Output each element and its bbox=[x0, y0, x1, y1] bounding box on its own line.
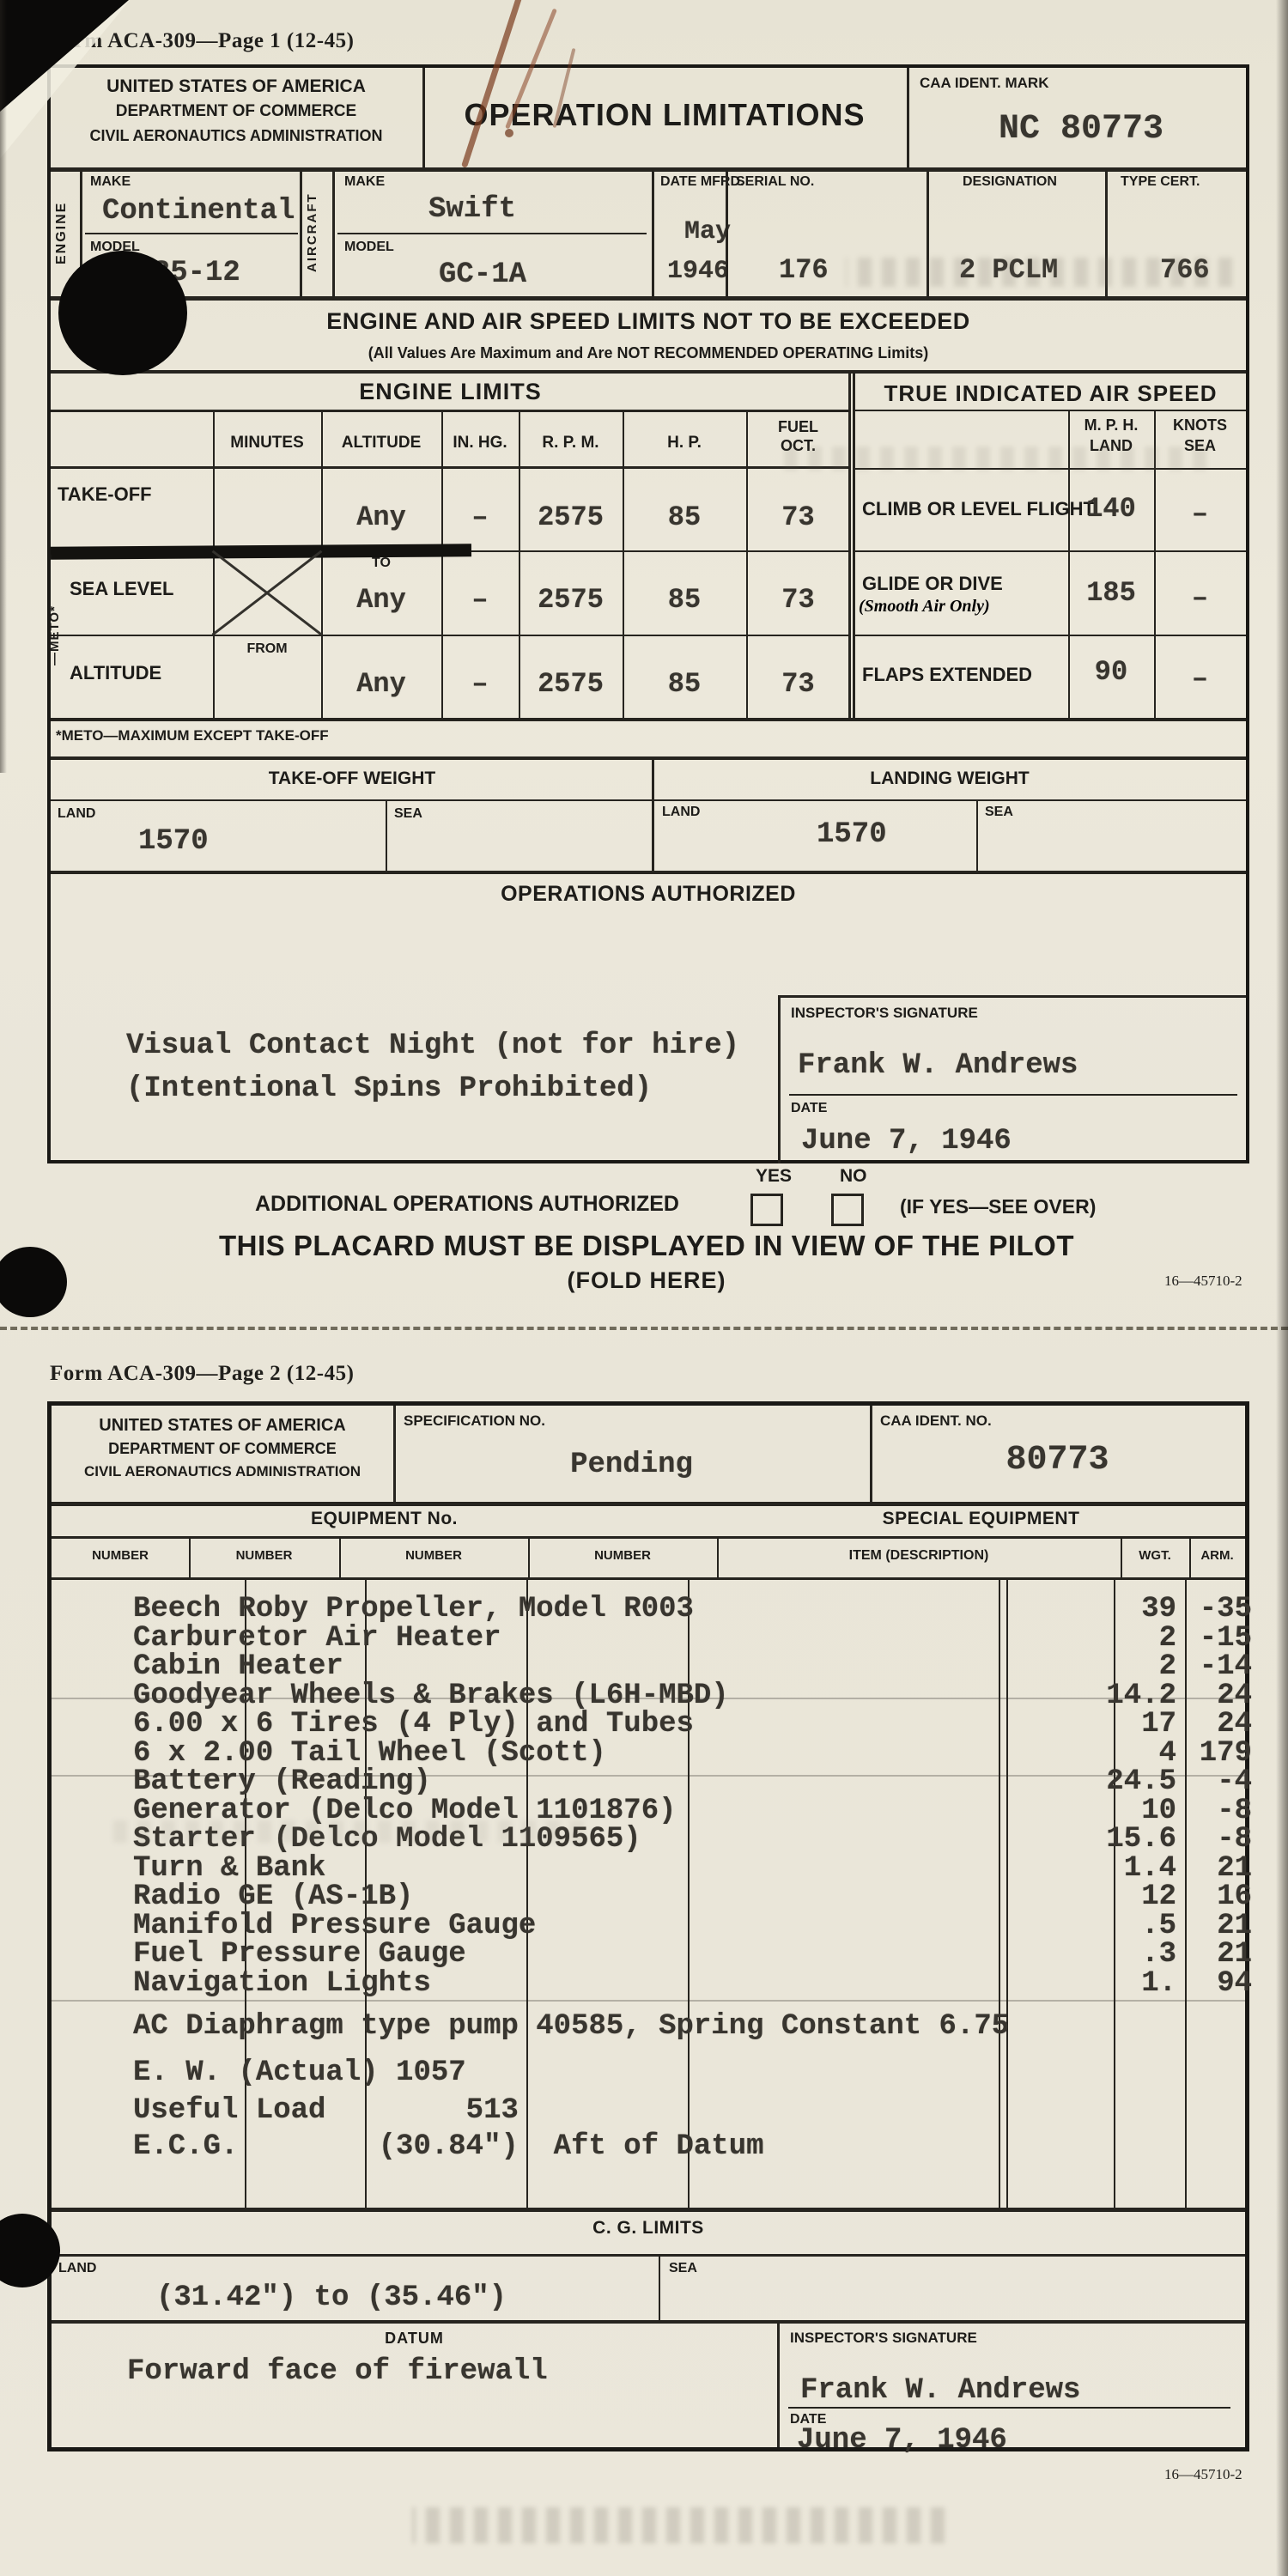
fold-note: (FOLD HERE) bbox=[34, 1267, 1259, 1294]
equipment-item-arm: -8 bbox=[1187, 1796, 1252, 1826]
datum-value: Forward face of firewall bbox=[127, 2357, 548, 2386]
col-number: NUMBER bbox=[52, 1548, 189, 1563]
divider bbox=[526, 1577, 528, 2211]
operations-line1: Visual Contact Night (not for hire) bbox=[126, 1031, 739, 1060]
equipment-item-arm: -35 bbox=[1187, 1595, 1252, 1624]
equipment-item-arm: 24 bbox=[1187, 1681, 1252, 1710]
inspector-name: Frank W. Andrews bbox=[800, 2376, 1080, 2405]
equipment-item-desc: Cabin Heater bbox=[133, 1652, 343, 1681]
divider bbox=[51, 635, 850, 636]
col-number: NUMBER bbox=[189, 1548, 339, 1563]
perforation-line bbox=[0, 1327, 1288, 1330]
air-speed-title: TRUE INDICATED AIR SPEED bbox=[855, 380, 1246, 407]
equipment-item-wgt: .5 bbox=[1048, 1911, 1176, 1941]
divider bbox=[300, 167, 302, 296]
aircraft-make-value: Swift bbox=[428, 195, 516, 224]
glide-mph: 185 bbox=[1068, 580, 1154, 607]
operations-line2: (Intentional Spins Prohibited) bbox=[126, 1074, 652, 1103]
inspector-signature-label: INSPECTOR'S SIGNATURE bbox=[791, 1005, 978, 1022]
inspector-signature-label: INSPECTOR'S SIGNATURE bbox=[790, 2330, 977, 2347]
divider bbox=[652, 167, 654, 296]
scan-line-artifact bbox=[52, 2000, 1245, 2002]
equipment-item-desc: 6.00 x 6 Tires (4 Ply) and Tubes bbox=[133, 1710, 694, 1739]
divider bbox=[999, 1577, 1000, 2211]
divider bbox=[855, 635, 1246, 636]
flaps-knots: – bbox=[1154, 665, 1246, 693]
agency-line: DEPARTMENT OF COMMERCE bbox=[52, 1440, 393, 1458]
aircraft-model-value: GC-1A bbox=[439, 260, 526, 289]
equipment-item-arm: 21 bbox=[1187, 1911, 1252, 1941]
signature-line bbox=[788, 2407, 1230, 2409]
land-label: LAND bbox=[58, 806, 95, 822]
agency-line: UNITED STATES OF AMERICA bbox=[56, 76, 416, 97]
equipment-item-desc: Goodyear Wheels & Brakes (L6H-MBD) bbox=[133, 1681, 729, 1710]
summary-pump-line: AC Diaphragm type pump 40585, Spring Con… bbox=[133, 2012, 1009, 2041]
inspection-date: June 7, 1946 bbox=[797, 2426, 1007, 2455]
agency-block: UNITED STATES OF AMERICA DEPARTMENT OF C… bbox=[56, 76, 416, 145]
divider bbox=[976, 799, 978, 871]
divider bbox=[907, 68, 909, 167]
spec-no-value: Pending bbox=[393, 1450, 870, 1479]
takeoff-rpm: 2575 bbox=[519, 504, 623, 532]
punch-hole bbox=[58, 251, 187, 375]
row-label-altitude: ALTITUDE bbox=[70, 662, 161, 684]
col-knots: KNOTS bbox=[1154, 416, 1246, 434]
agency-block: UNITED STATES OF AMERICA DEPARTMENT OF C… bbox=[52, 1416, 393, 1480]
altitude-fuel: 73 bbox=[746, 671, 850, 698]
to-label: TO bbox=[321, 556, 441, 571]
col-item-description: ITEM (DESCRIPTION) bbox=[717, 1548, 1121, 1564]
divider bbox=[52, 2320, 1245, 2324]
equipment-item-arm: -14 bbox=[1187, 1652, 1252, 1681]
equipment-item-wgt: 2 bbox=[1048, 1624, 1176, 1653]
caa-ident-label: CAA IDENT. MARK bbox=[920, 75, 1048, 92]
divider bbox=[339, 1536, 341, 1577]
col-wgt: WGT. bbox=[1121, 1548, 1189, 1563]
page-edge-shadow bbox=[1276, 0, 1288, 2576]
divider bbox=[528, 1536, 530, 1577]
takeoff-hp: 85 bbox=[623, 504, 746, 532]
page1-form-body: UNITED STATES OF AMERICA DEPARTMENT OF C… bbox=[47, 64, 1249, 1163]
landing-land-value: 1570 bbox=[817, 820, 887, 849]
equipment-item-wgt: .3 bbox=[1048, 1940, 1176, 1969]
stain-mark bbox=[505, 129, 513, 137]
inspector-name: Frank W. Andrews bbox=[798, 1051, 1078, 1080]
engine-limits-title: ENGINE LIMITS bbox=[51, 379, 850, 405]
equipment-item-wgt: 1. bbox=[1048, 1969, 1176, 1998]
divider bbox=[688, 1577, 690, 2211]
row-label-sealevel: SEA LEVEL bbox=[70, 578, 173, 600]
engine-make-label: MAKE bbox=[90, 174, 131, 190]
divider bbox=[213, 410, 215, 718]
date-label: DATE bbox=[791, 1101, 827, 1116]
equipment-item-wgt: 2 bbox=[1048, 1652, 1176, 1681]
from-label: FROM bbox=[213, 641, 321, 657]
caa-ident-label: CAA IDENT. NO. bbox=[880, 1413, 992, 1430]
yes-label: YES bbox=[756, 1166, 792, 1187]
col-rpm: R. P. M. bbox=[519, 434, 623, 453]
datum-label: DATUM bbox=[52, 2330, 777, 2348]
climb-knots: – bbox=[1154, 501, 1246, 528]
divider bbox=[855, 410, 1246, 411]
divider bbox=[51, 756, 1246, 760]
cg-land-label: LAND bbox=[58, 2261, 96, 2276]
additional-operations-label: ADDITIONAL OPERATIONS AUTHORIZED bbox=[255, 1192, 679, 1217]
divider bbox=[51, 799, 1246, 801]
divider bbox=[332, 167, 335, 296]
no-checkbox bbox=[831, 1194, 864, 1226]
equipment-item-arm: 24 bbox=[1187, 1710, 1252, 1739]
divider bbox=[51, 718, 1246, 721]
equipment-item-wgt: 10 bbox=[1048, 1796, 1176, 1826]
equipment-item-desc: 6 x 2.00 Tail Wheel (Scott) bbox=[133, 1739, 606, 1768]
designation-label: DESIGNATION bbox=[963, 174, 1057, 190]
landing-weight-title: LANDING WEIGHT bbox=[653, 769, 1246, 789]
divider bbox=[85, 233, 298, 234]
equipment-item-arm: 94 bbox=[1187, 1969, 1252, 1998]
limits-subheading: (All Values Are Maximum and Are NOT RECO… bbox=[51, 344, 1246, 362]
engine-make-value: Continental bbox=[102, 197, 295, 226]
equipment-item-desc: Battery (Reading) bbox=[133, 1767, 431, 1796]
see-over-note: (IF YES—SEE OVER) bbox=[900, 1195, 1096, 1218]
row-sublabel-glide: (Smooth Air Only) bbox=[859, 597, 990, 617]
agency-line: UNITED STATES OF AMERICA bbox=[52, 1416, 393, 1436]
aircraft-model-label: MODEL bbox=[344, 240, 394, 255]
limits-heading: ENGINE AND AIR SPEED LIMITS NOT TO BE EX… bbox=[51, 308, 1246, 335]
divider bbox=[51, 296, 1246, 301]
equipment-item-arm: -8 bbox=[1187, 1825, 1252, 1854]
page-edge-shadow bbox=[0, 0, 7, 773]
equipment-item-desc: Carburetor Air Heater bbox=[133, 1624, 501, 1653]
glide-knots: – bbox=[1154, 585, 1246, 612]
takeoff-altitude: Any bbox=[321, 504, 441, 532]
divider bbox=[717, 1536, 719, 1577]
type-cert-label: TYPE CERT. bbox=[1121, 174, 1200, 190]
bleed-through-text bbox=[846, 258, 1232, 287]
summary-ecg: E.C.G. (30.84") Aft of Datum bbox=[133, 2132, 764, 2161]
divider bbox=[1006, 1577, 1008, 2211]
equipment-item-wgt: 4 bbox=[1048, 1739, 1176, 1768]
equipment-no-header: EQUIPMENT No. bbox=[52, 1509, 717, 1529]
cg-sea-label: SEA bbox=[669, 2261, 697, 2276]
divider bbox=[337, 233, 647, 234]
row-label-glide: GLIDE OR DIVE bbox=[862, 573, 1003, 595]
divider bbox=[855, 550, 1246, 552]
air-speed-table: TRUE INDICATED AIR SPEED M. P. H. LAND K… bbox=[855, 374, 1246, 718]
col-mph: M. P. H. bbox=[1068, 416, 1154, 434]
sealevel-hp: 85 bbox=[623, 586, 746, 614]
equipment-item-desc: Navigation Lights bbox=[133, 1969, 431, 1998]
special-equipment-header: SPECIAL EQUIPMENT bbox=[717, 1509, 1245, 1529]
placard-notice: THIS PLACARD MUST BE DISPLAYED IN VIEW O… bbox=[34, 1230, 1259, 1262]
scanned-form-aca-309: Form ACA-309—Page 1 (12-45) UNITED STATE… bbox=[0, 0, 1288, 2576]
divider bbox=[51, 871, 1246, 874]
sealevel-rpm: 2575 bbox=[519, 586, 623, 614]
meto-side-label: —METO* bbox=[47, 554, 64, 717]
sealevel-altitude: Any bbox=[321, 586, 441, 614]
altitude-inhg: – bbox=[441, 671, 519, 698]
equipment-item-wgt: 39 bbox=[1048, 1595, 1176, 1624]
sealevel-inhg: – bbox=[441, 586, 519, 614]
equipment-item-arm: -15 bbox=[1187, 1624, 1252, 1653]
aircraft-group-label: AIRCRAFT bbox=[305, 173, 331, 293]
divider bbox=[52, 1536, 1245, 1539]
takeoff-land-value: 1570 bbox=[138, 827, 209, 856]
page2-print-code: 16—45710-2 bbox=[1164, 2466, 1242, 2483]
engine-limits-table: ENGINE LIMITS MINUTES ALTITUDE IN. HG. R… bbox=[51, 374, 850, 718]
serial-value: 176 bbox=[779, 257, 829, 284]
col-hp: H. P. bbox=[623, 434, 746, 453]
altitude-rpm: 2575 bbox=[519, 671, 623, 698]
sea-label: SEA bbox=[985, 805, 1013, 820]
punch-hole bbox=[0, 1247, 67, 1317]
date-mfrd-year: 1946 bbox=[667, 258, 729, 284]
serial-label: SERIAL NO. bbox=[736, 174, 814, 190]
meto-footnote: *METO—MAXIMUM EXCEPT TAKE-OFF bbox=[56, 727, 329, 744]
caa-ident-value: 80773 bbox=[870, 1443, 1245, 1478]
equipment-item-arm: 16 bbox=[1187, 1882, 1252, 1911]
page2-form-ref: Form ACA-309—Page 2 (12-45) bbox=[50, 1362, 354, 1386]
equipment-item-wgt: 24.5 bbox=[1048, 1767, 1176, 1796]
climb-mph: 140 bbox=[1068, 495, 1154, 523]
equipment-item-desc: Fuel Pressure Gauge bbox=[133, 1940, 466, 1969]
aircraft-make-label: MAKE bbox=[344, 174, 385, 190]
spec-no-label: SPECIFICATION NO. bbox=[404, 1413, 545, 1430]
inspector-box: INSPECTOR'S SIGNATURE Frank W. Andrews D… bbox=[778, 995, 1246, 1163]
double-rule bbox=[848, 374, 855, 718]
takeoff-weight-title: TAKE-OFF WEIGHT bbox=[51, 769, 653, 789]
takeoff-inhg: – bbox=[441, 504, 519, 532]
equipment-item-desc: Turn & Bank bbox=[133, 1854, 325, 1883]
col-number: NUMBER bbox=[528, 1548, 717, 1563]
altitude-hp: 85 bbox=[623, 671, 746, 698]
divider bbox=[51, 167, 1246, 172]
agency-line: CIVIL AERONAUTICS ADMINISTRATION bbox=[52, 1463, 393, 1480]
col-inhg: IN. HG. bbox=[441, 434, 519, 453]
divider bbox=[652, 756, 654, 871]
equipment-item-desc: Beech Roby Propeller, Model R003 bbox=[133, 1595, 694, 1624]
divider bbox=[1121, 1536, 1122, 1577]
equipment-item-wgt: 12 bbox=[1048, 1882, 1176, 1911]
equipment-item-arm: 21 bbox=[1187, 1940, 1252, 1969]
divider bbox=[659, 2254, 660, 2320]
caa-ident-value: NC 80773 bbox=[918, 112, 1244, 147]
summary-useful-load: Useful Load 513 bbox=[133, 2096, 519, 2125]
col-fuel: FUEL bbox=[746, 418, 850, 436]
divider bbox=[52, 2254, 1245, 2257]
page-title: OPERATION LIMITATIONS bbox=[422, 97, 907, 133]
divider bbox=[51, 410, 850, 412]
row-label-takeoff: TAKE-OFF bbox=[58, 483, 152, 506]
bleed-through-text bbox=[412, 2507, 945, 2543]
bleed-through-text bbox=[777, 447, 1206, 471]
summary-empty-weight: E. W. (Actual) 1057 bbox=[133, 2058, 466, 2087]
divider bbox=[189, 1536, 191, 1577]
equipment-item-desc: Radio GE (AS-1B) bbox=[133, 1882, 413, 1911]
equipment-item-desc: Manifold Pressure Gauge bbox=[133, 1911, 536, 1941]
divider bbox=[726, 167, 728, 296]
divider bbox=[1189, 1536, 1191, 1577]
land-label: LAND bbox=[662, 805, 700, 820]
yes-checkbox bbox=[750, 1194, 783, 1226]
date-mfrd-month: May bbox=[684, 219, 731, 245]
no-label: NO bbox=[840, 1166, 867, 1187]
equipment-item-wgt: 17 bbox=[1048, 1710, 1176, 1739]
equipment-item-arm: 179 bbox=[1187, 1739, 1252, 1768]
cg-limits-title: C. G. LIMITS bbox=[52, 2218, 1245, 2239]
col-altitude: ALTITUDE bbox=[321, 434, 441, 453]
operations-title: OPERATIONS AUTHORIZED bbox=[51, 882, 1246, 907]
equipment-item-arm: -4 bbox=[1187, 1767, 1252, 1796]
divider bbox=[386, 799, 387, 871]
page1-print-code: 16—45710-2 bbox=[1164, 1273, 1242, 1290]
col-number: NUMBER bbox=[339, 1548, 528, 1563]
inspection-date: June 7, 1946 bbox=[801, 1127, 1012, 1156]
row-label-climb: CLIMB OR LEVEL FLIGHT bbox=[862, 498, 1095, 520]
equipment-item-wgt: 15.6 bbox=[1048, 1825, 1176, 1854]
sealevel-fuel: 73 bbox=[746, 586, 850, 614]
row-label-flaps: FLAPS EXTENDED bbox=[862, 664, 1032, 686]
equipment-item-arm: 21 bbox=[1187, 1854, 1252, 1883]
equipment-item-wgt: 14.2 bbox=[1048, 1681, 1176, 1710]
divider bbox=[777, 2320, 780, 2447]
equipment-item-wgt: 1.4 bbox=[1048, 1854, 1176, 1883]
divider bbox=[52, 1502, 1245, 1506]
col-minutes: MINUTES bbox=[213, 434, 321, 453]
cg-land-value: (31.42") to (35.46") bbox=[156, 2283, 507, 2312]
page2-form-body: UNITED STATES OF AMERICA DEPARTMENT OF C… bbox=[47, 1401, 1249, 2451]
col-arm: ARM. bbox=[1189, 1548, 1245, 1563]
agency-line: CIVIL AERONAUTICS ADMINISTRATION bbox=[56, 127, 416, 145]
flaps-mph: 90 bbox=[1068, 659, 1154, 686]
bleed-through-text bbox=[103, 1820, 584, 1843]
sea-label: SEA bbox=[394, 806, 422, 822]
takeoff-fuel: 73 bbox=[746, 504, 850, 532]
agency-line: DEPARTMENT OF COMMERCE bbox=[56, 102, 416, 121]
divider bbox=[51, 466, 850, 469]
divider bbox=[52, 1577, 1245, 1580]
signature-line bbox=[789, 1094, 1237, 1096]
date-mfrd-label: DATE MFRD. bbox=[660, 174, 744, 190]
divider bbox=[52, 2208, 1245, 2212]
altitude-altitude: Any bbox=[321, 671, 441, 698]
